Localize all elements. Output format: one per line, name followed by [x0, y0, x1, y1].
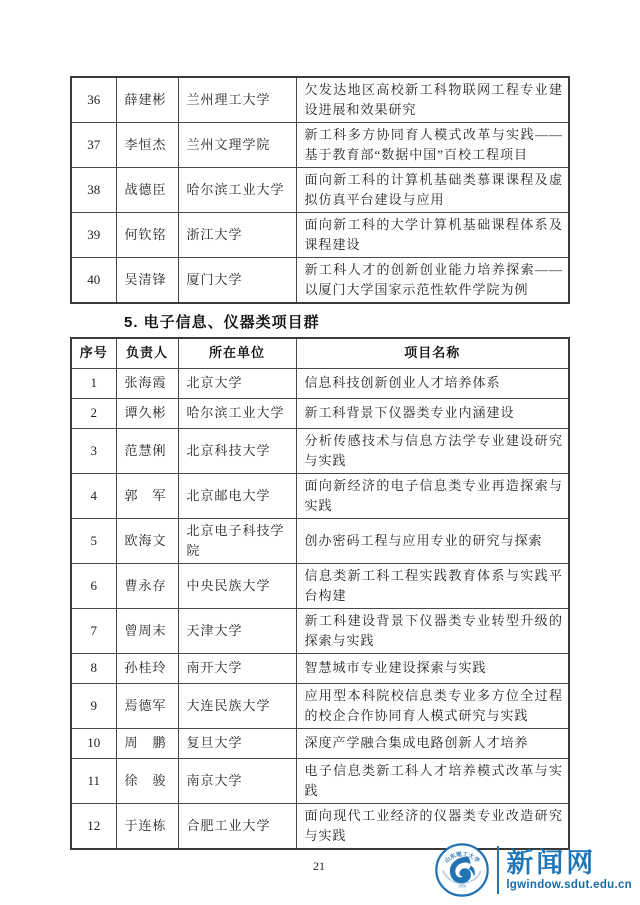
project-table-electronics: 序号 负责人 所在单位 项目名称 1 张海霞 北京大学 信息科技创新创业人才培养…	[70, 337, 570, 850]
table-row: 11 徐 骏 南京大学 电子信息类新工科人才培养模式改革与实践	[71, 758, 569, 803]
row-number: 2	[71, 398, 116, 428]
leader-name: 孙桂玲	[116, 653, 178, 683]
watermark-text: 新闻网 lgwindow.sdut.edu.cn	[506, 848, 632, 892]
project-title: 新工科人才的创新创业能力培养探索——以厦门大学国家示范性软件学院为例	[296, 258, 569, 304]
leader-name: 战德臣	[116, 168, 178, 213]
table-row: 5 欧海文 北京电子科技学院 创办密码工程与应用专业的研究与探索	[71, 518, 569, 563]
table-row: 9 焉德军 大连民族大学 应用型本科院校信息类专业多方位全过程的校企合作协同育人…	[71, 683, 569, 728]
project-table-continued: 36 薛建彬 兰州理工大学 欠发达地区高校新工科物联网工程专业建设进展和效果研究…	[70, 76, 570, 304]
table-row: 7 曾周末 天津大学 新工科建设背景下仪器类专业转型升级的探索与实践	[71, 608, 569, 653]
organization: 大连民族大学	[178, 683, 296, 728]
table-row: 37 李恒杰 兰州文理学院 新工科多方协同育人模式改革与实践——基于教育部“数据…	[71, 123, 569, 168]
organization: 浙江大学	[178, 213, 296, 258]
leader-name: 范慧俐	[116, 428, 178, 473]
section-heading: 5. 电子信息、仪器类项目群	[124, 311, 568, 332]
document-page: 36 薛建彬 兰州理工大学 欠发达地区高校新工科物联网工程专业建设进展和效果研究…	[0, 0, 640, 905]
leader-name: 周 鹏	[116, 728, 178, 758]
row-number: 8	[71, 653, 116, 683]
organization: 哈尔滨工业大学	[178, 168, 296, 213]
organization: 北京电子科技学院	[178, 518, 296, 563]
organization: 南京大学	[178, 758, 296, 803]
header-organization: 所在单位	[178, 338, 296, 368]
row-number: 40	[71, 258, 116, 304]
leader-name: 张海霞	[116, 368, 178, 398]
project-title: 信息科技创新创业人才培养体系	[296, 368, 569, 398]
header-project-name: 项目名称	[296, 338, 569, 368]
row-number: 37	[71, 123, 116, 168]
row-number: 9	[71, 683, 116, 728]
organization: 厦门大学	[178, 258, 296, 304]
leader-name: 李恒杰	[116, 123, 178, 168]
leader-name: 焉德军	[116, 683, 178, 728]
project-title: 分析传感技术与信息方法学专业建设研究与实践	[296, 428, 569, 473]
row-number: 36	[71, 77, 116, 123]
table-header-row: 序号 负责人 所在单位 项目名称	[71, 338, 569, 368]
project-title: 深度产学融合集成电路创新人才培养	[296, 728, 569, 758]
leader-name: 薛建彬	[116, 77, 178, 123]
organization: 兰州理工大学	[178, 77, 296, 123]
table-row: 38 战德臣 哈尔滨工业大学 面向新工科的计算机基础类慕课课程及虚拟仿真平台建设…	[71, 168, 569, 213]
project-title: 电子信息类新工科人才培养模式改革与实践	[296, 758, 569, 803]
row-number: 7	[71, 608, 116, 653]
table-row: 6 曹永存 中央民族大学 信息类新工科工程实践教育体系与实践平台构建	[71, 563, 569, 608]
row-number: 10	[71, 728, 116, 758]
leader-name: 吴清锋	[116, 258, 178, 304]
table-row: 2 谭久彬 哈尔滨工业大学 新工科背景下仪器类专业内涵建设	[71, 398, 569, 428]
row-number: 3	[71, 428, 116, 473]
row-number: 12	[71, 803, 116, 849]
project-title: 面向新工科的大学计算机基础课程体系及课程建设	[296, 213, 569, 258]
organization: 中央民族大学	[178, 563, 296, 608]
table-row: 39 何钦铭 浙江大学 面向新工科的大学计算机基础课程体系及课程建设	[71, 213, 569, 258]
page-content: 36 薛建彬 兰州理工大学 欠发达地区高校新工科物联网工程专业建设进展和效果研究…	[70, 76, 568, 874]
project-title: 智慧城市专业建设探索与实践	[296, 653, 569, 683]
table-row: 3 范慧俐 北京科技大学 分析传感技术与信息方法学专业建设研究与实践	[71, 428, 569, 473]
organization: 北京大学	[178, 368, 296, 398]
site-name: 新闻网	[506, 848, 632, 878]
row-number: 11	[71, 758, 116, 803]
leader-name: 曹永存	[116, 563, 178, 608]
row-number: 6	[71, 563, 116, 608]
row-number: 4	[71, 473, 116, 518]
organization: 北京科技大学	[178, 428, 296, 473]
table-row: 1 张海霞 北京大学 信息科技创新创业人才培养体系	[71, 368, 569, 398]
leader-name: 徐 骏	[116, 758, 178, 803]
organization: 天津大学	[178, 608, 296, 653]
organization: 北京邮电大学	[178, 473, 296, 518]
table-row: 36 薛建彬 兰州理工大学 欠发达地区高校新工科物联网工程专业建设进展和效果研究	[71, 77, 569, 123]
project-title: 应用型本科院校信息类专业多方位全过程的校企合作协同育人模式研究与实践	[296, 683, 569, 728]
organization: 南开大学	[178, 653, 296, 683]
row-number: 5	[71, 518, 116, 563]
table-row: 40 吴清锋 厦门大学 新工科人才的创新创业能力培养探索——以厦门大学国家示范性…	[71, 258, 569, 304]
project-title: 新工科背景下仪器类专业内涵建设	[296, 398, 569, 428]
table-row: 4 郭 军 北京邮电大学 面向新经济的电子信息类专业再造探索与实践	[71, 473, 569, 518]
watermark-divider	[497, 846, 499, 894]
project-title: 新工科建设背景下仪器类专业转型升级的探索与实践	[296, 608, 569, 653]
project-title: 面向新经济的电子信息类专业再造探索与实践	[296, 473, 569, 518]
table-row: 8 孙桂玲 南开大学 智慧城市专业建设探索与实践	[71, 653, 569, 683]
leader-name: 何钦铭	[116, 213, 178, 258]
logo-year: 1956	[458, 883, 466, 888]
leader-name: 于连栋	[116, 803, 178, 849]
project-title: 信息类新工科工程实践教育体系与实践平台构建	[296, 563, 569, 608]
site-url: lgwindow.sdut.edu.cn	[506, 878, 632, 892]
organization: 哈尔滨工业大学	[178, 398, 296, 428]
leader-name: 欧海文	[116, 518, 178, 563]
project-title: 欠发达地区高校新工科物联网工程专业建设进展和效果研究	[296, 77, 569, 123]
leader-name: 谭久彬	[116, 398, 178, 428]
news-watermark: 山东理工大学 SHANDONG UNIVERSITY OF TECHNOLOGY…	[434, 841, 632, 899]
organization: 复旦大学	[178, 728, 296, 758]
row-number: 39	[71, 213, 116, 258]
row-number: 38	[71, 168, 116, 213]
leader-name: 郭 军	[116, 473, 178, 518]
project-title: 创办密码工程与应用专业的研究与探索	[296, 518, 569, 563]
organization: 兰州文理学院	[178, 123, 296, 168]
header-leader: 负责人	[116, 338, 178, 368]
sdut-logo-icon: 山东理工大学 SHANDONG UNIVERSITY OF TECHNOLOGY…	[434, 841, 490, 899]
header-serial-number: 序号	[71, 338, 116, 368]
organization: 合肥工业大学	[178, 803, 296, 849]
project-title: 新工科多方协同育人模式改革与实践——基于教育部“数据中国”百校工程项目	[296, 123, 569, 168]
row-number: 1	[71, 368, 116, 398]
leader-name: 曾周末	[116, 608, 178, 653]
table-row: 10 周 鹏 复旦大学 深度产学融合集成电路创新人才培养	[71, 728, 569, 758]
project-title: 面向新工科的计算机基础类慕课课程及虚拟仿真平台建设与应用	[296, 168, 569, 213]
